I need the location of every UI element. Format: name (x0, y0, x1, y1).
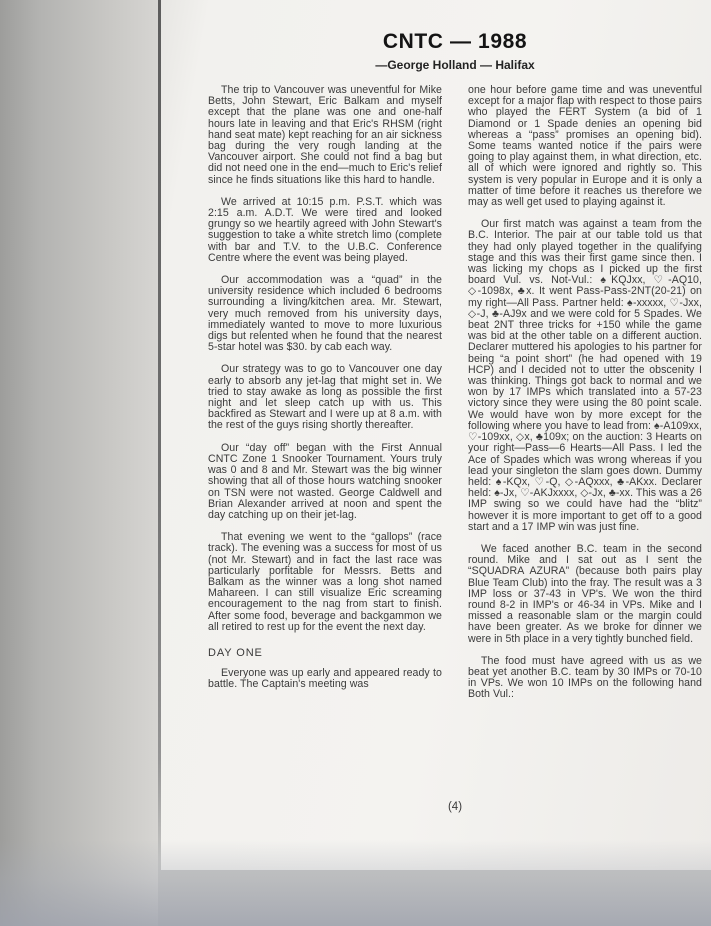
article-paragraph: one hour before game time and was uneven… (468, 85, 702, 208)
scan-left-margin (0, 0, 158, 926)
page-title: CNTC — 1988 (208, 30, 702, 54)
article-paragraph: Our accommodation was a “quad” in the un… (208, 275, 442, 353)
byline: —George Holland — Halifax (208, 58, 702, 72)
article-paragraph: That evening we went to the “gallops” (r… (208, 532, 442, 633)
article-paragraph: Our first match was against a team from … (468, 219, 702, 533)
left-column: The trip to Vancouver was uneventful for… (208, 85, 442, 712)
section-heading-day-one: DAY ONE (208, 648, 442, 659)
right-column: one hour before game time and was uneven… (468, 85, 702, 712)
article-header: CNTC — 1988 —George Holland — Halifax (161, 0, 711, 72)
article-paragraph: Everyone was up early and appeared ready… (208, 668, 442, 690)
scanned-page: CNTC — 1988 —George Holland — Halifax Th… (0, 0, 711, 926)
article-columns: The trip to Vancouver was uneventful for… (161, 72, 711, 712)
article-paragraph: The trip to Vancouver was uneventful for… (208, 85, 442, 186)
article-paragraph: Our “day off” began with the First Annua… (208, 443, 442, 521)
page-number: (4) (208, 801, 702, 813)
article-paragraph: We arrived at 10:15 p.m. P.S.T. which wa… (208, 197, 442, 264)
article-paragraph: Our strategy was to go to Vancouver one … (208, 364, 442, 431)
article-paragraph: The food must have agreed with us as we … (468, 656, 702, 701)
article-page: CNTC — 1988 —George Holland — Halifax Th… (161, 0, 711, 870)
article-paragraph: We faced another B.C. team in the second… (468, 544, 702, 645)
